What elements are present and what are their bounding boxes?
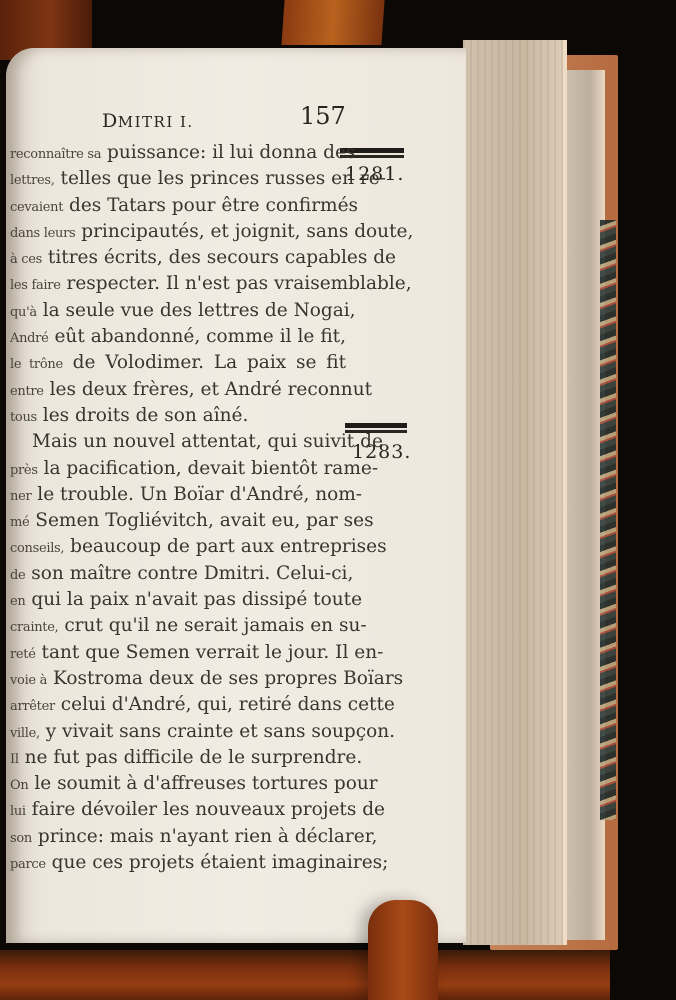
text-line: son prince: mais n'ayant rien à déclarer… — [10, 824, 346, 850]
running-head-initial: D — [102, 110, 118, 132]
text-line: ner le trouble. Un Boïar d'André, nom- — [10, 482, 346, 508]
text-line: Il ne fut pas difficile de le surprendre… — [10, 745, 346, 771]
text-line: entre les deux frères, et André reconnut — [10, 377, 346, 403]
text-line: cevaient des Tatars pour être confirmés — [10, 193, 346, 219]
text-line: en qui la paix n'avait pas dissipé toute — [10, 587, 346, 613]
text-line: reconnaître sa puissance: il lui donna d… — [10, 140, 346, 166]
page-number: 157 — [300, 102, 346, 130]
wooden-stand-base — [0, 950, 610, 1000]
text-line: dans leurs principautés, et joignit, san… — [10, 219, 346, 245]
text-line: qu'à la seule vue des lettres de Nogai, — [10, 298, 346, 324]
wooden-stand-peg — [368, 900, 438, 1000]
running-head-title: MITRI I. — [118, 113, 194, 131]
running-head: DMITRI I. — [102, 110, 194, 132]
text-line: de son maître contre Dmitri. Celui-ci, — [10, 561, 346, 587]
text-line: lui faire dévoiler les nouveaux projets … — [10, 797, 346, 823]
book-photo: DMITRI I. 157 1281. 1283. reconnaître sa… — [0, 0, 676, 1000]
text-line: le trône de Volodimer. La paix se fit — [10, 350, 346, 376]
text-line: lettres, telles que les princes russes e… — [10, 166, 346, 192]
text-line: parce que ces projets étaient imaginaire… — [10, 850, 346, 876]
text-line: conseils, beaucoup de part aux entrepris… — [10, 534, 346, 560]
text-line: ville, y vivait sans crainte et sans sou… — [10, 719, 346, 745]
text-line: reté tant que Semen verrait le jour. Il … — [10, 640, 346, 666]
text-line: tous les droits de son aîné. — [10, 403, 346, 429]
text-line: voie à Kostroma deux de ses propres Boïa… — [10, 666, 346, 692]
wooden-stand-post-right — [281, 0, 384, 45]
text-line: crainte, crut qu'il ne serait jamais en … — [10, 613, 346, 639]
text-line: à ces titres écrits, des secours capable… — [10, 245, 346, 271]
marbled-board-edge — [600, 220, 616, 820]
text-line: les faire respecter. Il n'est pas vraise… — [10, 271, 346, 297]
text-line: mé Semen Togliévitch, avait eu, par ses — [10, 508, 346, 534]
text-line: On le soumit à d'affreuses tortures pour — [10, 771, 346, 797]
text-line: près la pacification, devait bientôt ram… — [10, 456, 346, 482]
body-text: reconnaître sa puissance: il lui donna d… — [10, 140, 346, 876]
text-line: André eût abandonné, comme il le fit, — [10, 324, 346, 350]
page-block-edge — [463, 40, 567, 945]
text-line: Mais un nouvel attentat, qui suivit de — [10, 429, 346, 455]
text-line: arrêter celui d'André, qui, retiré dans … — [10, 692, 346, 718]
